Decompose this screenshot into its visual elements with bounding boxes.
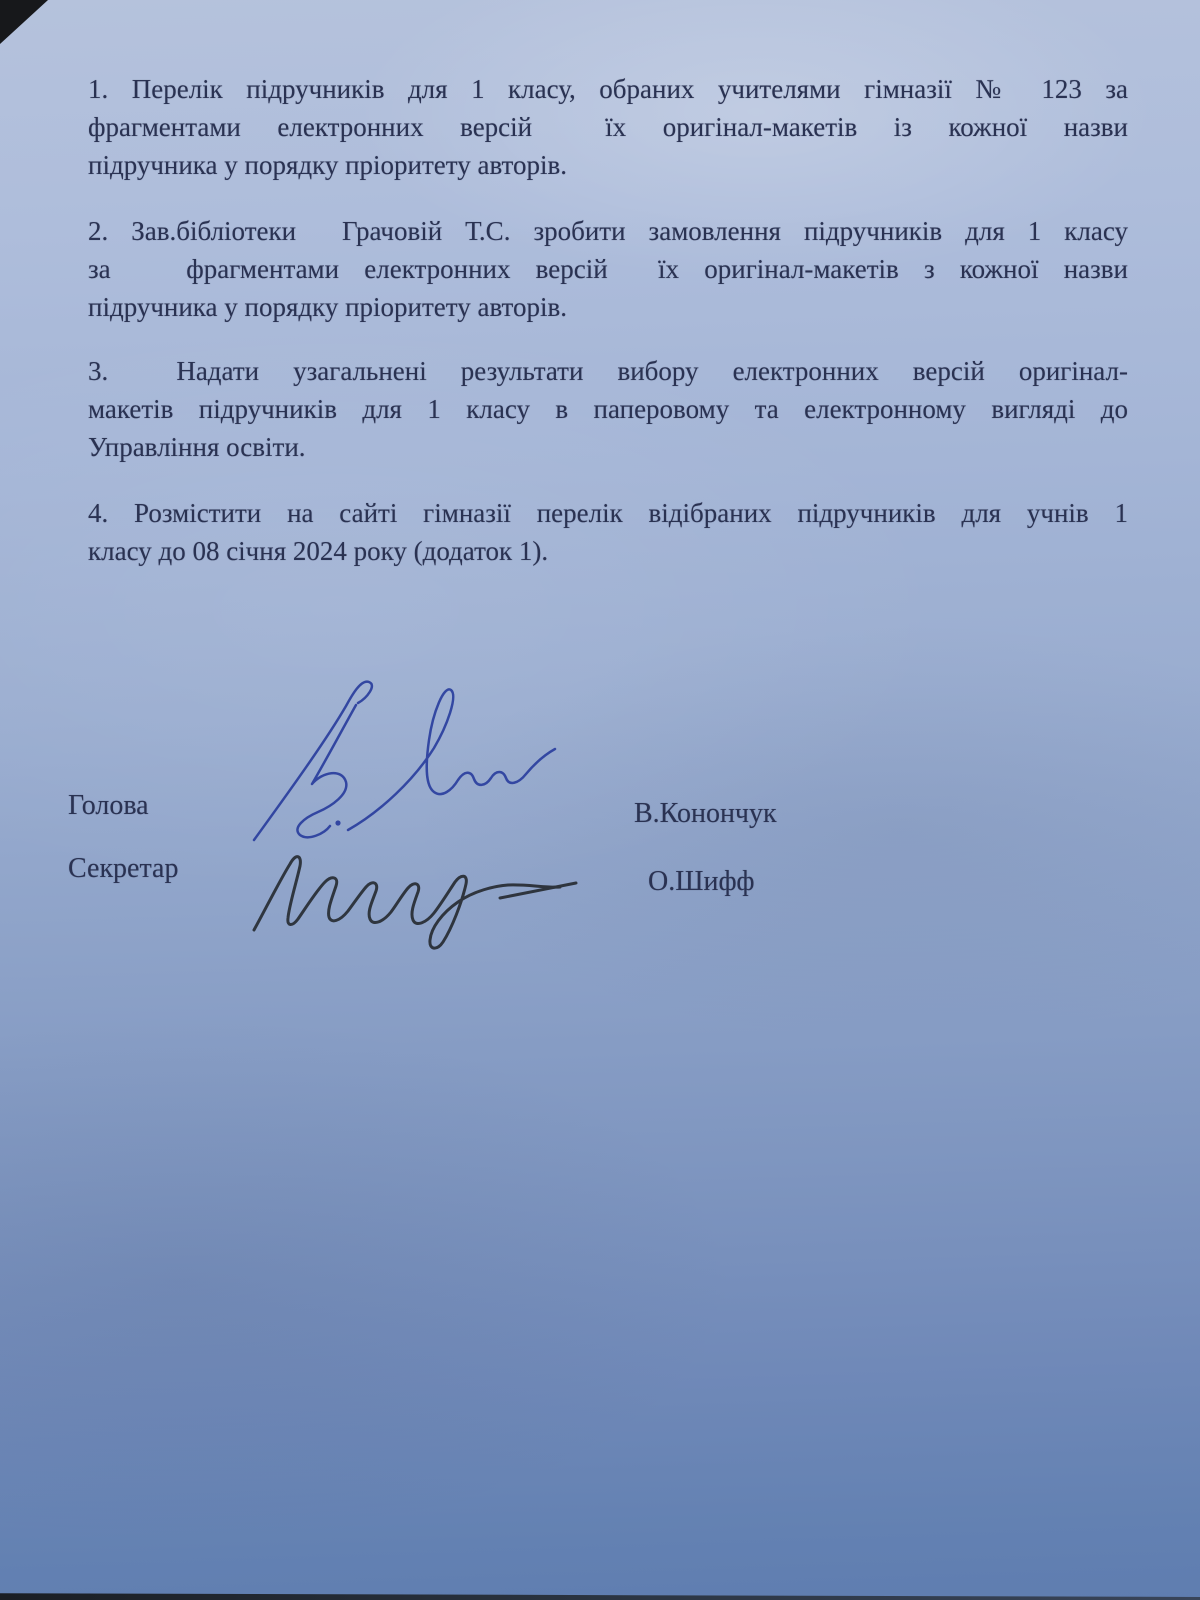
- text-line: Управління освіти.: [88, 428, 1128, 466]
- text-line: 2. Зав.бібліотеки Грачовій Т.С. зробити …: [88, 212, 1128, 250]
- chairman-signature-icon: [228, 658, 562, 854]
- text-line: за фрагментами електронних версій їх ори…: [88, 250, 1128, 288]
- resolution-paragraph-4: 4. Розмістити на сайті гімназії перелік …: [88, 494, 1128, 570]
- text-line: 1. Перелік підручників для 1 класу, обра…: [88, 70, 1128, 108]
- document-photo: 1. Перелік підручників для 1 класу, обра…: [0, 0, 1200, 1600]
- text-line: підручника у порядку пріоритету авторів.: [88, 288, 1128, 326]
- photo-bottom-edge: [0, 1592, 1200, 1600]
- secretary-name: О.Шифф: [648, 866, 755, 898]
- text-line: підручника у порядку пріоритету авторів.: [88, 146, 1128, 184]
- resolution-paragraph-1: 1. Перелік підручників для 1 класу, обра…: [88, 70, 1128, 184]
- resolution-paragraph-3: 3. Надати узагальнені результати вибору …: [88, 352, 1128, 466]
- text-line: 4. Розмістити на сайті гімназії перелік …: [88, 494, 1128, 532]
- resolution-paragraph-2: 2. Зав.бібліотеки Грачовій Т.С. зробити …: [88, 212, 1128, 326]
- secretary-role-label: Секретар: [68, 853, 178, 885]
- secretary-signature-icon: [238, 838, 588, 956]
- text-line: фрагментами електронних версій їх оригін…: [88, 108, 1128, 146]
- text-line: класу до 08 січня 2024 року (додаток 1).: [88, 532, 1128, 570]
- chairman-role-label: Голова: [68, 790, 149, 822]
- text-line: 3. Надати узагальнені результати вибору …: [88, 352, 1128, 390]
- chairman-name: В.Конончук: [634, 798, 777, 830]
- text-line: макетів підручників для 1 класу в паперо…: [88, 390, 1128, 428]
- photo-background-corner: [0, 0, 48, 44]
